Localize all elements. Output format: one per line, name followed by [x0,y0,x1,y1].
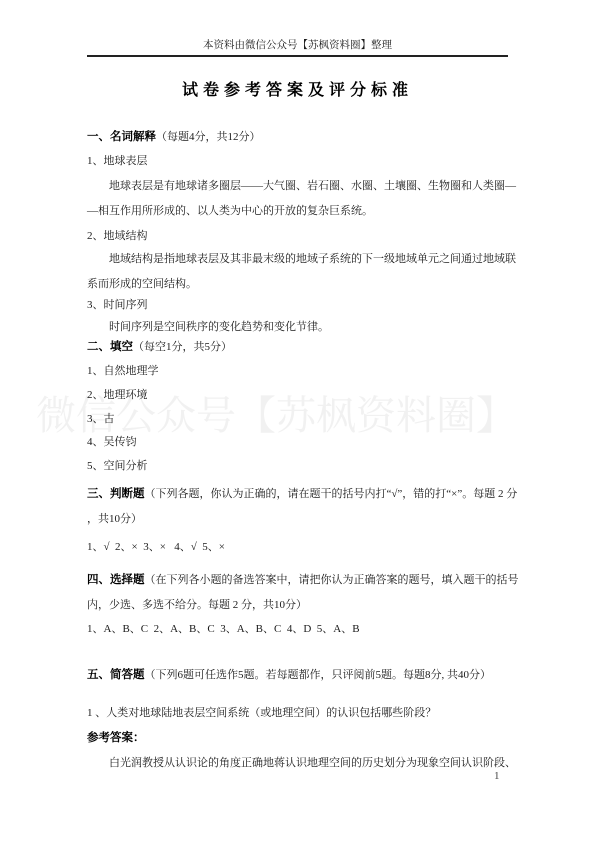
section5-heading: 五、简答题（下列6题可任选作5题。若每题都作，只评阅前5题。每题8分, 共40分… [87,666,491,682]
section3-heading-line2: ，共10分） [87,510,142,526]
section5-answer-line1: 白光润教授从认识论的角度正确地蒋认识地理空间的历史划分为现象空间认识阶段、 [87,754,516,770]
section1-item2-label: 2、地域结构 [87,227,148,243]
section4-heading-bold: 四、选择题 [87,574,145,586]
section2-item3: 3、古 [87,410,115,426]
section4-answers: 1、A、B、C 2、A、B、C 3、A、B、C 4、D 5、A、B [87,620,360,636]
section3-heading: 三、判断题（下列各题，你认为正确的，请在题干的括号内打“√”，错的打“×”。每题… [87,485,517,501]
section2-heading-note: （每空1分，共5分） [133,341,232,353]
page-header-note: 本资料由微信公众号【苏枫资料圈】整理 [0,37,595,52]
section2-item5: 5、空间分析 [87,457,148,473]
section2-item4: 4、吴传钧 [87,433,137,449]
section1-item2-definition-line2: 系而形成的空间结构。 [87,275,197,291]
section5-question1: 1 、人类对地球陆地表层空间系统（或地理空间）的认识包括哪些阶段？ [87,704,436,720]
section1-item1-definition-line1: 地球表层是有地球诸多圈层——大气圈、岩石圈、水圈、土壤圈、生物圈和人类圈— [87,177,516,193]
section4-heading: 四、选择题（在下列各小题的备选答案中，请把你认为正确答案的题号，填入题干的括号 [87,571,519,587]
header-divider-line [87,55,508,57]
document-title: 试卷参考答案及评分标准 [0,77,595,100]
section5-answer-label-text: 参考答案： [87,732,145,744]
section1-heading: 一、名词解释（每题4分，共12分） [87,128,261,144]
section2-item1: 1、自然地理学 [87,362,159,378]
section3-answers: 1、√ 2、× 3、× 4、√ 5、× [87,538,225,554]
section4-heading-line2: 内，少选、多选不给分。每题 2 分，共10分） [87,596,307,612]
section2-heading-bold: 二、填空 [87,341,133,353]
section5-heading-note: （下列6题可任选作5题。若每题都作，只评阅前5题。每题8分, 共40分） [145,669,492,681]
document-page: 本资料由微信公众号【苏枫资料圈】整理 试卷参考答案及评分标准 一、名词解释（每题… [0,0,595,841]
section1-item1-label: 1、地球表层 [87,152,148,168]
section1-item3-definition-line1: 时间序列是空间秩序的变化趋势和变化节律。 [87,318,329,334]
section4-heading-note: （在下列各小题的备选答案中，请把你认为正确答案的题号，填入题干的括号 [145,574,519,586]
page-number: 1 [494,770,500,782]
section2-item2: 2、地理环境 [87,386,148,402]
section5-answer-label: 参考答案： [87,729,145,745]
section2-heading: 二、填空（每空1分，共5分） [87,338,232,354]
section5-heading-bold: 五、简答题 [87,669,145,681]
section1-item2-definition-line1: 地域结构是指地球表层及其非最末级的地域子系统的下一级地域单元之间通过地域联 [87,250,516,266]
section1-item3-label: 3、时间序列 [87,296,148,312]
section1-item1-definition-line2: —相互作用所形成的、以人类为中心的开放的复杂巨系统。 [87,202,373,218]
section3-heading-bold: 三、判断题 [87,488,145,500]
section1-heading-note: （每题4分，共12分） [156,131,261,143]
section1-heading-bold: 一、名词解释 [87,131,156,143]
section3-heading-note: （下列各题，你认为正确的，请在题干的括号内打“√”，错的打“×”。每题 2 分 [145,488,518,500]
